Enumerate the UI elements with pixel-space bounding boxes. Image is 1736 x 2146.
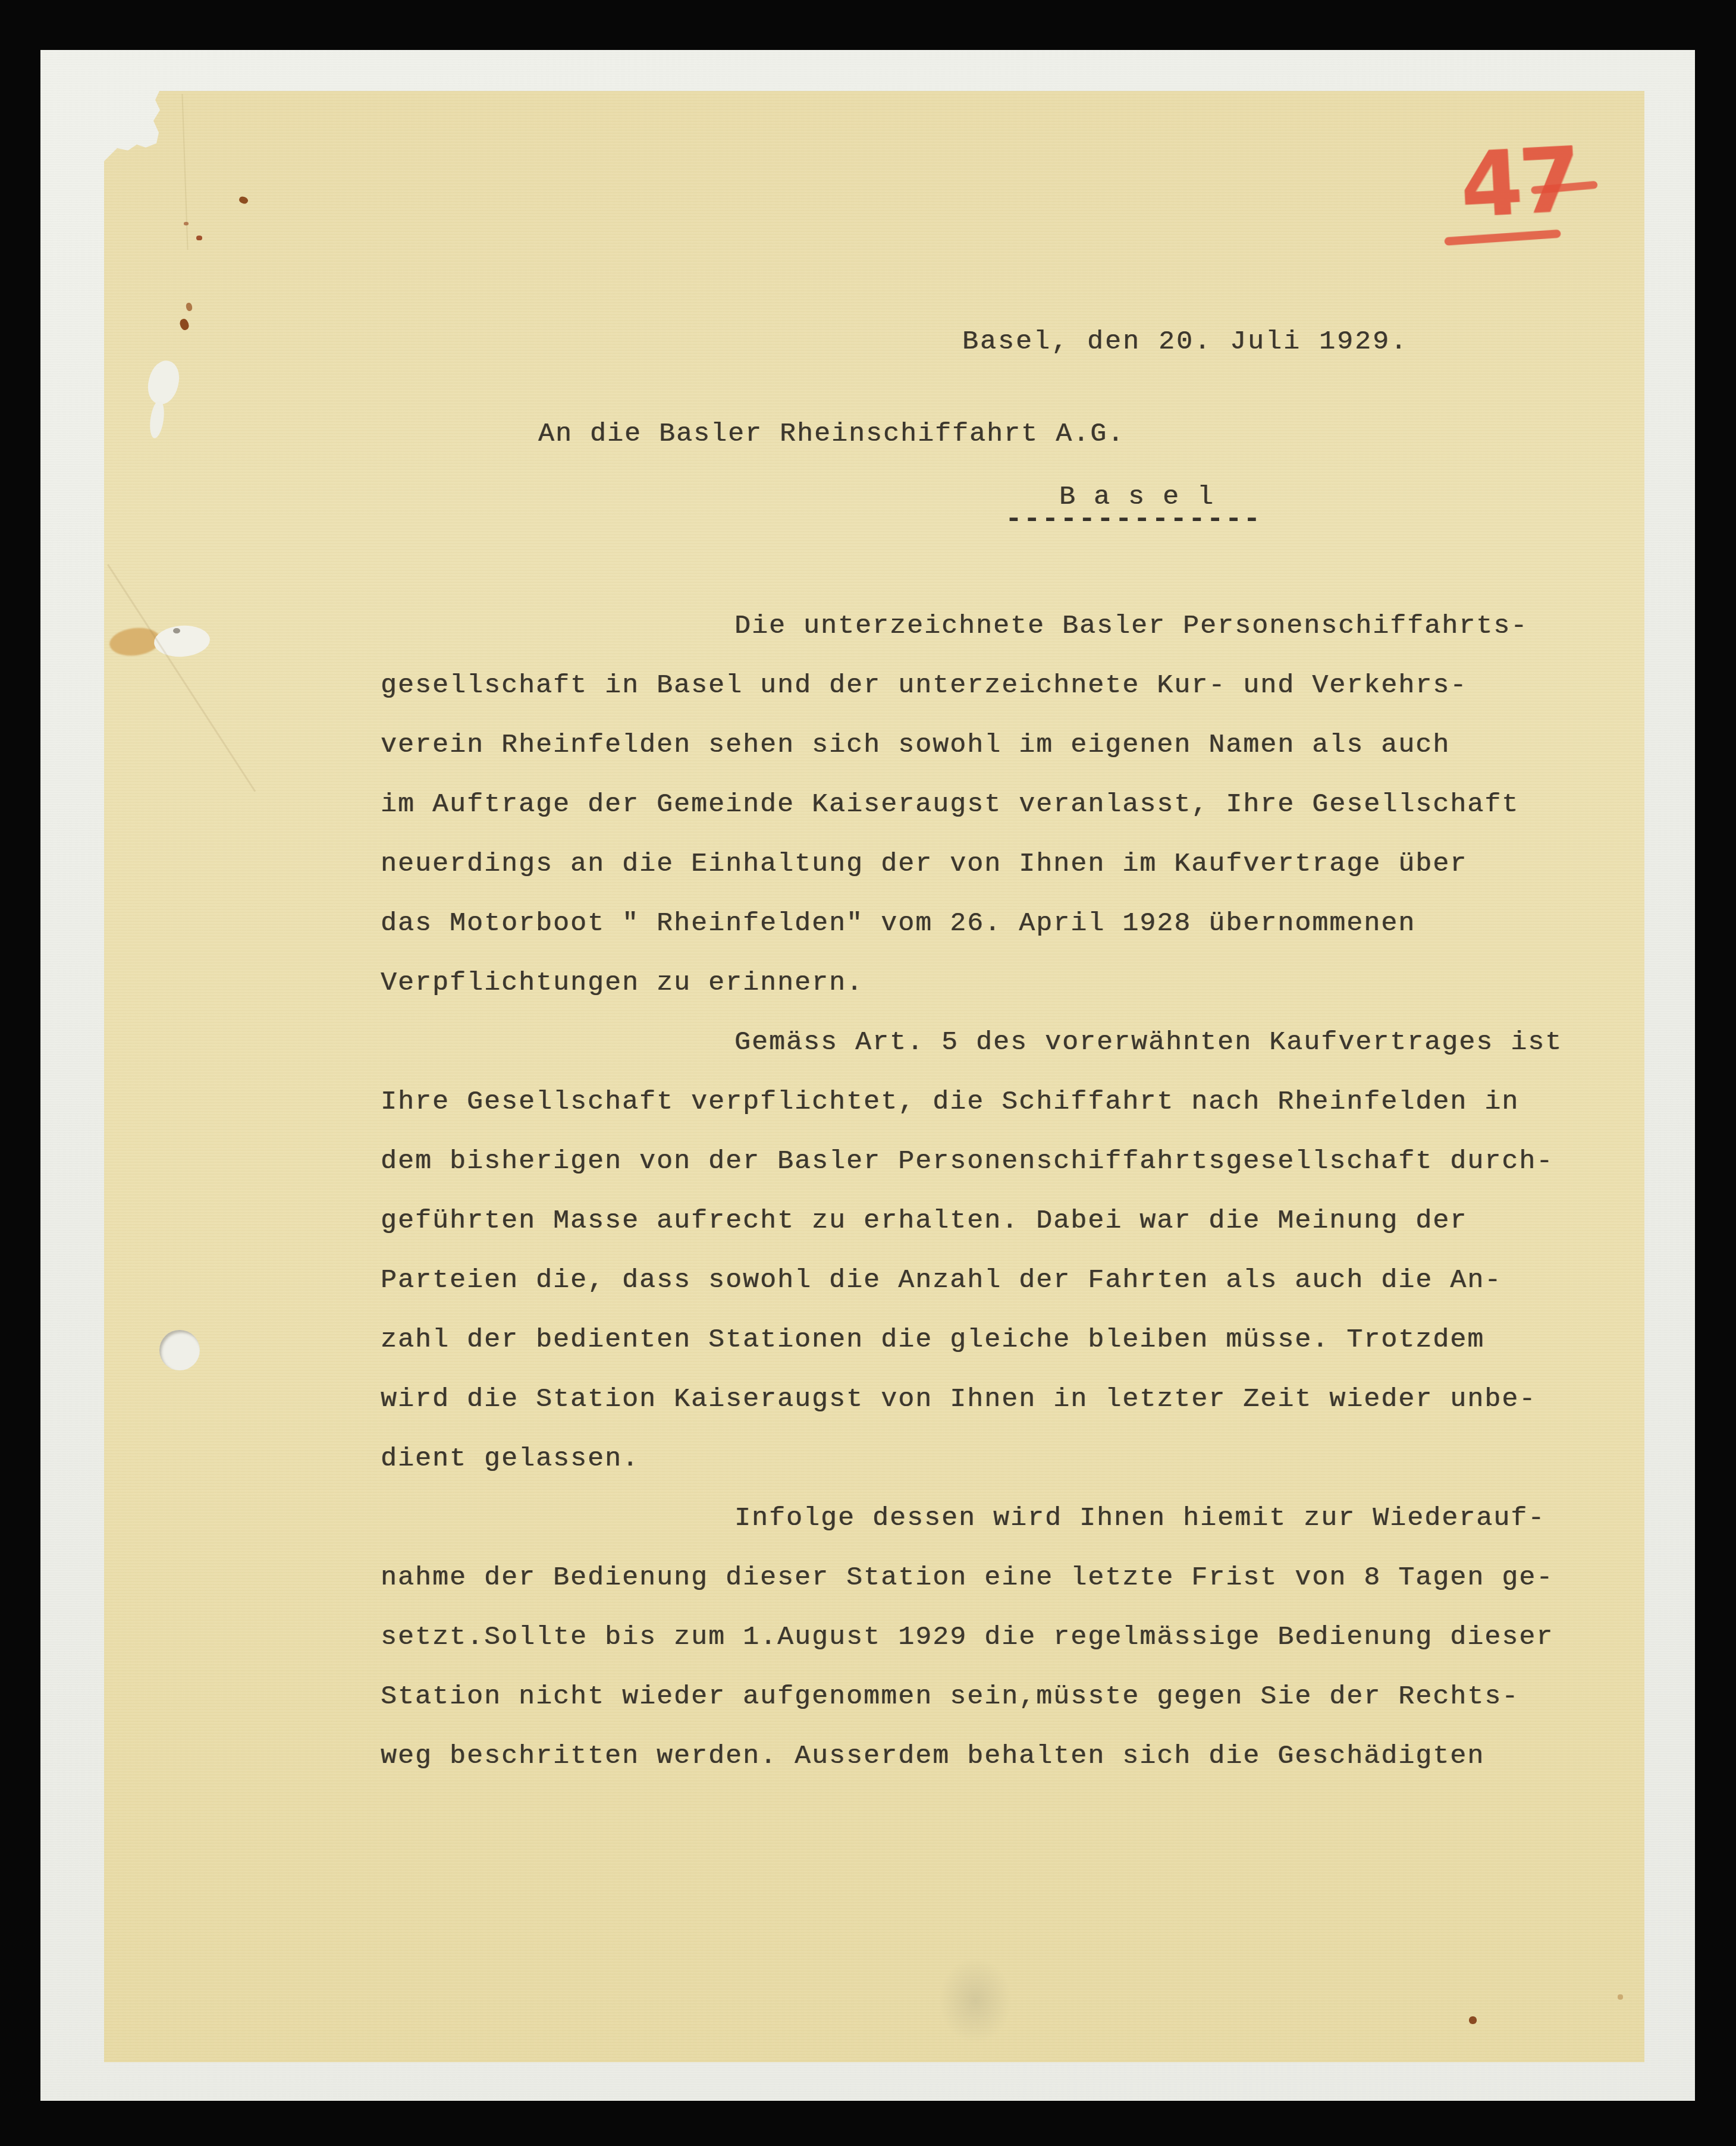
letter-line: das Motorboot " Rheinfelden" vom 26. Apr…: [381, 894, 1600, 953]
recipient-line: An die Basler Rheinschiffahrt A.G.: [538, 416, 1125, 452]
page-number: 47: [1458, 131, 1666, 261]
punch-hole: [159, 1330, 200, 1370]
letter-line: zahl der bedienten Stationen die gleiche…: [381, 1310, 1600, 1370]
date-line: Basel, den 20. Juli 1929.: [962, 324, 1408, 360]
page-number-text: 47: [1458, 136, 1580, 231]
letter-line: Station nicht wieder aufgenommen sein,mü…: [381, 1667, 1600, 1727]
letter-line: wird die Station Kaiseraugst von Ihnen i…: [381, 1370, 1600, 1429]
letter-body: Die unterzeichnete Basler Personenschiff…: [381, 597, 1600, 1786]
letter-line: dient gelassen.: [381, 1429, 1600, 1489]
letter-line: Die unterzeichnete Basler Personenschiff…: [381, 597, 1600, 656]
letter-line: Gemäss Art. 5 des vorerwähnten Kaufvertr…: [381, 1013, 1600, 1072]
rust-speck: [1618, 1994, 1623, 2000]
recipient-city-underline: --------------: [1005, 507, 1261, 533]
letter-line: geführten Masse aufrecht zu erhalten. Da…: [381, 1191, 1600, 1251]
letter-line: setzt.Sollte bis zum 1.August 1929 die r…: [381, 1608, 1600, 1667]
paper-crease: [181, 94, 188, 250]
letter-line: weg beschritten werden. Ausserdem behalt…: [381, 1727, 1600, 1786]
scan-background: 47 Basel, den 20. Juli 1929. An die Basl…: [0, 0, 1736, 2146]
letter-line: gesellschaft in Basel und der unterzeich…: [381, 656, 1600, 716]
letter-line: Verpflichtungen zu erinnern.: [381, 953, 1600, 1013]
letter-line: Parteien die, dass sowohl die Anzahl der…: [381, 1251, 1600, 1310]
letter-line: Infolge dessen wird Ihnen hiemit zur Wie…: [381, 1489, 1600, 1548]
rust-speck: [178, 318, 190, 331]
letter-line: dem bisherigen von der Basler Personensc…: [381, 1132, 1600, 1191]
letter-paper: 47 Basel, den 20. Juli 1929. An die Basl…: [104, 91, 1644, 2062]
gray-smudge: [925, 1941, 1026, 2060]
letter-line: Ihre Gesellschaft verpflichtet, die Schi…: [381, 1072, 1600, 1132]
paper-chip-damage-tail: [148, 400, 167, 439]
letter-line: im Auftrage der Gemeinde Kaiseraugst ver…: [381, 775, 1600, 834]
gray-speck: [173, 628, 180, 633]
rust-speck: [186, 302, 193, 312]
white-damage-spot: [153, 624, 211, 658]
letter-line: nahme der Bedienung dieser Station eine …: [381, 1548, 1600, 1608]
rust-speck: [238, 196, 249, 205]
backing-sheet: 47 Basel, den 20. Juli 1929. An die Basl…: [40, 50, 1695, 2101]
rust-speck: [196, 236, 202, 240]
paper-crease: [107, 564, 256, 792]
letter-line: verein Rheinfelden sehen sich sowohl im …: [381, 716, 1600, 775]
paper-chip-damage: [144, 357, 183, 407]
letter-line: neuerdings an die Einhaltung der von Ihn…: [381, 834, 1600, 894]
rust-speck: [1469, 2016, 1477, 2024]
